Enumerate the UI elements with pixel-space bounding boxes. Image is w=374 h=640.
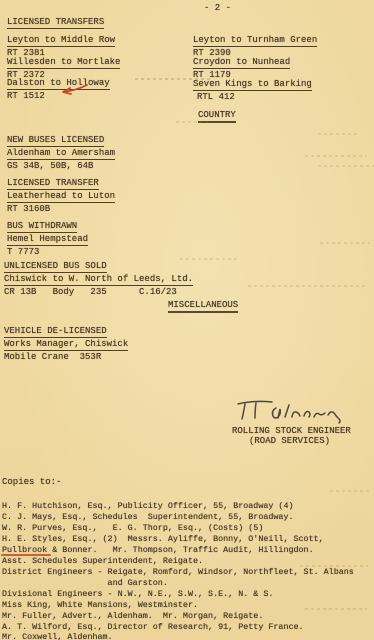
- block-route: Hemel Hempstead: [7, 234, 88, 246]
- page-number: - 2 -: [204, 3, 231, 13]
- block-fleet-numbers: Mobile Crane 353R: [4, 352, 128, 362]
- scanned-document-page: - 2 - LICENSED TRANSFERS Leyton to Middl…: [0, 0, 374, 640]
- copies-line: H. F. Hutchison, Esq., Publicity Officer…: [2, 501, 294, 511]
- copies-line: Mr. Fuller, Advert., Aldenham. Mr. Morga…: [2, 611, 263, 621]
- scan-artifact: [248, 285, 368, 287]
- transfer-route: Seven Kings to Barking: [193, 79, 312, 91]
- block-route: Aldenham to Amersham: [7, 148, 115, 160]
- copies-line: A. T. Wilford, Esq., Director of Researc…: [2, 622, 304, 632]
- misc-block-vehicle-delicensed: VEHICLE DE-LICENSED Works Manager, Chisw…: [4, 320, 128, 362]
- block-heading: VEHICLE DE-LICENSED: [4, 326, 107, 338]
- signatory-title: ROLLING STOCK ENGINEER: [232, 426, 351, 436]
- section-heading-miscellaneous: MISCELLANEOUS: [168, 300, 238, 310]
- block-route: Chiswick to W. North of Leeds, Ltd.: [4, 274, 193, 286]
- block-heading: BUS WITHDRAWN: [7, 221, 77, 233]
- country-block-licensed-transfer: LICENSED TRANSFER Leatherhead to Luton R…: [7, 172, 115, 214]
- block-heading: LICENSED TRANSFER: [7, 178, 99, 190]
- red-underline-annotation: [1, 554, 51, 556]
- copies-line: Divisional Engineers - N.W., N.E., S.W.,…: [2, 589, 273, 599]
- scan-artifact: [300, 565, 368, 567]
- scan-artifact: [180, 258, 238, 260]
- transfer-fleet-number: RTL 412: [193, 92, 312, 102]
- copies-line: H. E. Styles, Esq., (2) Messrs. Ayliffe,…: [2, 534, 324, 544]
- scan-artifact: [318, 133, 358, 135]
- section-heading-country: COUNTRY: [198, 110, 236, 120]
- copies-line: Mr. Coxwell, Aldenham.: [2, 632, 113, 640]
- block-fleet-numbers: GS 34B, 50B, 64B: [7, 161, 115, 171]
- copies-line: C. J. Mays, Esq., Schedules Superintende…: [2, 512, 294, 522]
- signatory-subtitle: (ROAD SERVICES): [249, 436, 330, 446]
- block-route: Leatherhead to Luton: [7, 191, 115, 203]
- country-block-bus-withdrawn: BUS WITHDRAWN Hemel Hempstead T 7773: [7, 215, 88, 257]
- copies-line: District Engineers - Reigate, Romford, W…: [2, 567, 354, 577]
- block-fleet-numbers: RT 3160B: [7, 204, 115, 214]
- transfer-route: Croydon to Nunhead: [193, 57, 290, 69]
- transfer-route: Leyton to Turnham Green: [193, 35, 317, 47]
- transfer-route: Leyton to Middle Row: [7, 35, 115, 47]
- copies-label: Copies to:-: [2, 477, 61, 487]
- scan-artifact: [305, 608, 367, 610]
- scan-artifact: [305, 155, 367, 157]
- country-block-new-buses: NEW BUSES LICENSED Aldenham to Amersham …: [7, 129, 115, 171]
- scan-artifact: [318, 165, 374, 167]
- copies-line: Miss King, White Mansions, Westminster.: [2, 600, 198, 610]
- red-arrow-annotation-icon: [57, 82, 89, 96]
- block-heading: UNLICENSED BUS SOLD: [4, 261, 107, 273]
- scan-artifact: [135, 78, 213, 80]
- block-route: Works Manager, Chiswick: [4, 339, 128, 351]
- copies-line: W. R. Purves, Esq., E. G. Thorp, Esq., (…: [2, 523, 263, 533]
- block-fleet-numbers: CR 13B Body 235 C.16/23: [4, 287, 193, 297]
- copies-line: and Garston.: [2, 578, 168, 588]
- transfer-route: Willesden to Mortlake: [7, 57, 120, 69]
- handwritten-signature: [232, 396, 344, 426]
- copies-line: Asst. Schedules Superintendent, Reigate.: [2, 556, 203, 566]
- country-block-unlicensed-bus-sold: UNLICENSED BUS SOLD Chiswick to W. North…: [4, 255, 193, 297]
- section-heading-licensed-transfers: LICENSED TRANSFERS: [7, 17, 104, 27]
- scan-artifact: [176, 121, 208, 123]
- scan-artifact: [320, 242, 370, 244]
- block-heading: NEW BUSES LICENSED: [7, 135, 104, 147]
- scan-artifact: [330, 490, 370, 492]
